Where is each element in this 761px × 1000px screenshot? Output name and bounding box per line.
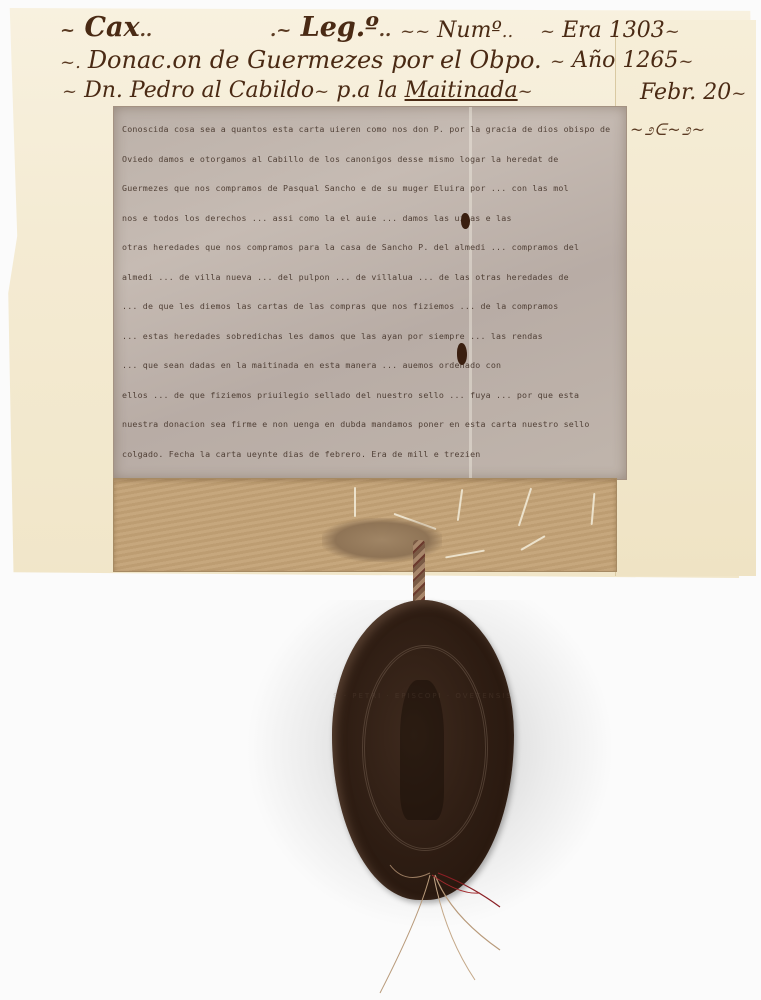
label-legajo-wrap: .~ Leg.º.. bbox=[270, 12, 391, 43]
label-year-wrap: ~ Año 1265~ bbox=[550, 48, 693, 73]
charter-line: almedi ... de villa nueva ... del pulpon… bbox=[122, 263, 618, 293]
charter-line: Conoscida cosa sea a quantos esta carta … bbox=[122, 115, 618, 145]
label-numero-wrap: ~~ Numº.. bbox=[400, 18, 513, 43]
charter-line: nuestra donacion sea firme e non uenga e… bbox=[122, 410, 618, 440]
label-numero: Numº bbox=[437, 18, 502, 43]
seal-threads bbox=[360, 855, 520, 995]
scroll-flourish-ornament: ~೨ᕮ~೨~ bbox=[630, 120, 706, 140]
charter-line: otras heredades que nos compramos para l… bbox=[122, 233, 618, 263]
label-party: Dn. Pedro al Cabildo bbox=[84, 78, 314, 103]
label-purpose-prefix: p.a la bbox=[336, 78, 397, 103]
stitch-mark bbox=[518, 488, 532, 527]
seal-legend: S · PETRI · EPISCOPI · OVETENSIS bbox=[332, 692, 514, 700]
label-era: Era 1303 bbox=[562, 18, 665, 43]
seal-bishop-figure-icon bbox=[400, 680, 444, 820]
stitch-mark bbox=[354, 487, 356, 517]
ink-stain bbox=[457, 343, 467, 365]
tilde-flourish: ~ bbox=[60, 20, 75, 41]
label-purpose: Maitinada bbox=[405, 78, 518, 103]
ink-stain bbox=[461, 213, 470, 229]
label-caja: Cax bbox=[85, 12, 140, 43]
label-line-2: ~. Donac.on de Guermezes por el Obpo. bbox=[60, 46, 542, 74]
charter-line: ellos ... de que fiziemos priuilegio sel… bbox=[122, 381, 618, 411]
label-era-wrap: ~ Era 1303~ bbox=[540, 18, 680, 43]
label-legajo: Leg.º bbox=[301, 12, 379, 43]
charter-line: ... de que les diemos las cartas de las … bbox=[122, 292, 618, 322]
label-line-1: ~ Cax.. bbox=[60, 12, 152, 43]
stitch-mark bbox=[591, 493, 596, 525]
label-title: Donac.on de Guermezes por el Obpo. bbox=[88, 46, 542, 74]
charter-line: ... que sean dadas en la maitinada en es… bbox=[122, 351, 618, 381]
label-date-wrap: Febr. 20~ bbox=[640, 80, 746, 105]
charter-line: ... estas heredades sobredichas les damo… bbox=[122, 322, 618, 352]
charter-parchment: Conoscida cosa sea a quantos esta carta … bbox=[113, 106, 627, 480]
charter-line: nos e todos los derechos ... assi como l… bbox=[122, 204, 618, 234]
charter-line: colgado. Fecha la carta ueynte dias de f… bbox=[122, 440, 618, 470]
stitch-mark bbox=[445, 550, 485, 559]
label-date: Febr. 20 bbox=[640, 80, 731, 105]
charter-text-body: Conoscida cosa sea a quantos esta carta … bbox=[122, 115, 618, 499]
stitch-mark bbox=[457, 489, 463, 521]
stitch-mark bbox=[520, 535, 545, 551]
label-line-3: ~ Dn. Pedro al Cabildo~ p.a la Maitinada… bbox=[62, 78, 533, 103]
charter-line: Oviedo damos e otorgamos al Cabillo de l… bbox=[122, 145, 618, 175]
charter-line: Guermezes que nos compramos de Pasqual S… bbox=[122, 174, 618, 204]
label-year: Año 1265 bbox=[572, 48, 678, 73]
